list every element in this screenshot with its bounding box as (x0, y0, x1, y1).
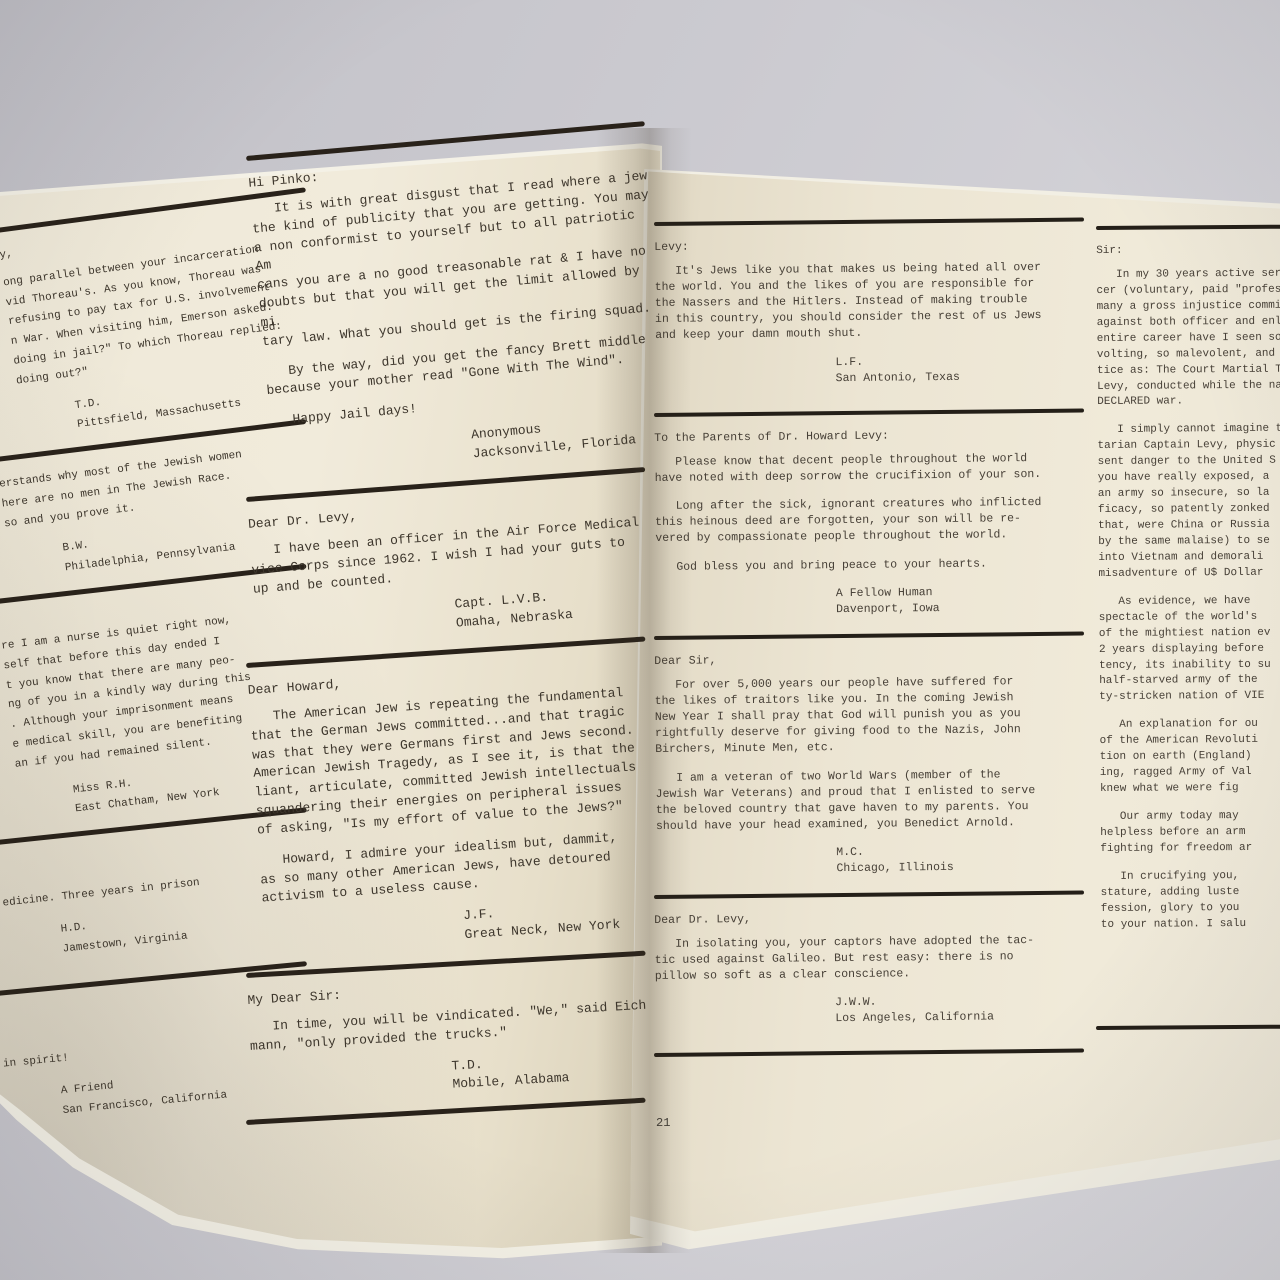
letter-paragraph: Our army today may helpless before an ar… (1100, 808, 1280, 858)
letter-paragraph: I simply cannot imagine t tarian Captain… (1097, 421, 1280, 583)
letter-block: My Dear Sir: In time, you will be vindic… (246, 951, 654, 1120)
signature-location: Chicago, Illinois (836, 858, 1086, 877)
letter-signature: A Fellow Human Davenport, Iowa (836, 583, 1086, 618)
letter-salutation: Dear Dr. Levy, (654, 908, 1084, 929)
signature-location: Los Angeles, California (835, 1009, 1085, 1028)
letter-paragraph: Howard, I admire your idealism but, damm… (259, 826, 662, 909)
letter-paragraph: Please know that decent people throughou… (654, 450, 1084, 487)
letter-signature: J.F. Great Neck, New York (463, 894, 665, 945)
signature-location: San Antonio, Texas (836, 368, 1086, 387)
letter-signature: Capt. L.V.B. Omaha, Nebraska (454, 581, 656, 634)
letter-paragraph: As evidence, we have spectacle of the wo… (1099, 592, 1280, 706)
divider-rule (1096, 224, 1280, 230)
letter-paragraph: It's Jews like you that makes us being h… (654, 260, 1085, 345)
letter-signature: M.C. Chicago, Illinois (836, 842, 1086, 877)
letter-block: Hi Pinko: It is with great disgust that … (246, 121, 674, 495)
magazine-spread-photo: y, ong parallel between your incarcerati… (0, 0, 1280, 1280)
page-number: 21 (656, 1116, 670, 1130)
letter-signature: J.W.W. Los Angeles, California (835, 993, 1085, 1028)
letter-paragraph: An explanation for ou of the American Re… (1099, 716, 1280, 798)
divider-rule (654, 217, 1084, 226)
letter-block: Levy: It's Jews like you that makes us b… (654, 217, 1086, 412)
right-page-main-column: Levy: It's Jews like you that makes us b… (654, 222, 1084, 1071)
letter-paragraph: I am a veteran of two World Wars (member… (655, 766, 1086, 835)
right-page-column-clipped: Sir: In my 30 years active servi cer (vo… (1096, 226, 1280, 1044)
letter-block: Dear Dr. Levy, In isolating you, your ca… (654, 890, 1086, 1053)
left-page-main-column: Hi Pinko: It is with great disgust that … (246, 156, 646, 1139)
letter-paragraph: In crucifying you, stature, adding luste… (1100, 867, 1280, 933)
letter-salutation: Levy: (654, 235, 1084, 256)
letter-paragraph: God bless you and bring peace to your he… (656, 555, 1086, 576)
letter-block: Sir: In my 30 years active servi cer (vo… (1096, 224, 1280, 1026)
letter-signature: L.F. San Antonio, Texas (835, 352, 1085, 387)
letter-paragraph: It is with great disgust that I read whe… (250, 167, 662, 352)
letter-salutation: To the Parents of Dr. Howard Levy: (654, 426, 1084, 447)
letter-paragraph: Long after the sick, ignorant creatures … (655, 495, 1085, 548)
letter-signature: T.D. Mobile, Alabama (451, 1046, 653, 1095)
letter-signature: Anonymous Jacksonville, Florida (470, 409, 673, 464)
letter-salutation: Dear Sir, (654, 649, 1084, 670)
letter-block: Dear Sir, For over 5,000 years our peopl… (654, 631, 1087, 895)
letter-paragraph: In my 30 years active servi cer (volunta… (1096, 266, 1280, 412)
letter-block: Dear Howard, The American Jew is repeati… (246, 636, 666, 972)
letter-block: To the Parents of Dr. Howard Levy: Pleas… (654, 408, 1086, 635)
letter-paragraph: For over 5,000 years our people have suf… (654, 673, 1085, 758)
letter-paragraph: The American Jew is repeating the fundam… (249, 682, 657, 840)
letter-block: Dear Dr. Levy, I have been an officer in… (246, 467, 657, 663)
letter-salutation: Sir: (1096, 242, 1280, 260)
letter-paragraph: In isolating you, your captors have adop… (654, 932, 1084, 985)
signature-location: Davenport, Iowa (836, 599, 1086, 618)
